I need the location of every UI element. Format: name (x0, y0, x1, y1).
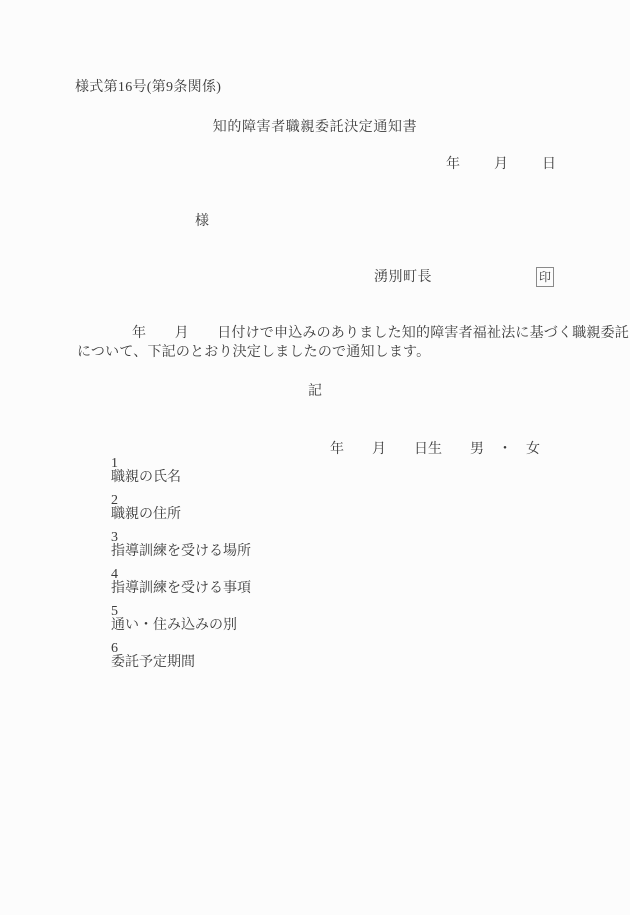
seal-box: 印 (536, 267, 554, 287)
form-number: 様式第16号(第9条関係) (75, 81, 221, 95)
date-year-label: 年 (446, 158, 460, 172)
issuer-name: 湧別町長 (374, 271, 432, 285)
date-month-label: 月 (494, 158, 508, 172)
item-number: 2 (111, 494, 127, 508)
item-birthdate-gender-annotation: 年 月 日生 男 ・ 女 (330, 443, 540, 457)
item-number: 3 (111, 531, 127, 545)
document-title: 知的障害者職親委託決定通知書 (0, 121, 630, 135)
body-text-line-1: 年 月 日付けで申込みのありました知的障害者福祉法に基づく職親委託 (132, 327, 629, 341)
seal-mark: 印 (539, 271, 551, 283)
item-number: 5 (111, 605, 127, 619)
issue-date-line: 年 月 日 (446, 158, 556, 172)
body-text-line-2: について、下記のとおり決定しましたので通知します。 (77, 346, 430, 360)
item-number: 1 (111, 457, 127, 471)
section-marker: 記 (0, 385, 630, 399)
date-day-label: 日 (542, 158, 556, 172)
list-item-planned-entrust-period: 6 委託予定期間 (97, 628, 630, 684)
addressee-honorific: 様 (195, 215, 209, 229)
item-number: 6 (111, 642, 127, 656)
item-number: 4 (111, 568, 127, 582)
document-page: 様式第16号(第9条関係) 知的障害者職親委託決定通知書 年 月 日 様 湧別町… (0, 0, 630, 915)
item-label: 委託予定期間 (111, 655, 195, 670)
